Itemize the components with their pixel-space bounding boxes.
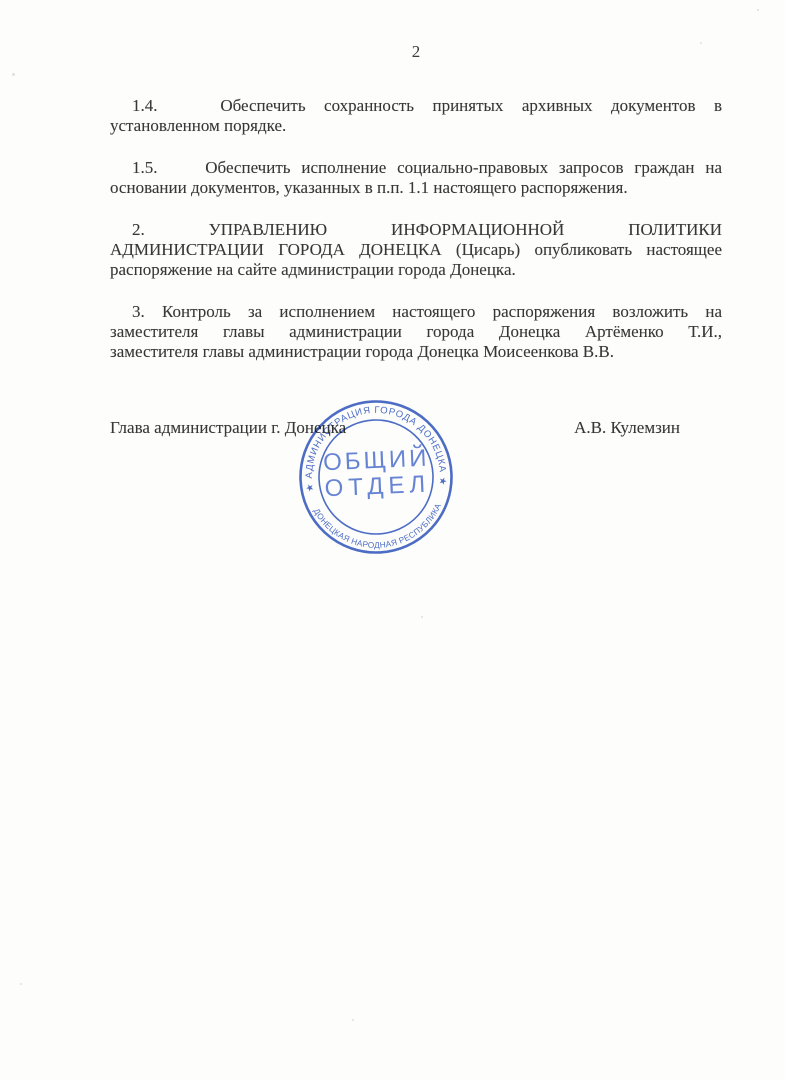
scan-speckle xyxy=(12,73,15,76)
paragraph-line: заместителя главы администрации города Д… xyxy=(110,322,722,342)
paragraph-3: 3. Контроль за исполнением настоящего ра… xyxy=(110,302,722,362)
paragraph-line: 1.4. Обеспечить сохранность принятых арх… xyxy=(110,96,722,116)
document-body: 1.4. Обеспечить сохранность принятых арх… xyxy=(110,96,722,438)
paragraph-text: Обеспечить сохранность принятых архивных… xyxy=(220,96,722,115)
stamp-center-text-line2: ОТДЕЛ xyxy=(324,471,431,503)
paragraph-line: основании документов, указанных в п.п. 1… xyxy=(110,178,722,198)
page-number: 2 xyxy=(110,42,722,62)
signer-name: А.В. Кулемзин xyxy=(574,418,680,438)
scanned-document-page: 2 1.4. Обеспечить сохранность принятых а… xyxy=(0,0,785,1080)
scan-speckle xyxy=(352,1019,354,1021)
paragraph-line: установленном порядке. xyxy=(110,116,722,136)
tab-gap xyxy=(168,172,194,173)
paragraph-line: 3. Контроль за исполнением настоящего ра… xyxy=(110,302,722,322)
official-round-stamp: ★ АДМИНИСТРАЦИЯ ГОРОДА ДОНЕЦКА ★ ДОНЕЦКА… xyxy=(293,394,460,561)
paragraph-2: 2. УПРАВЛЕНИЮ ИНФОРМАЦИОННОЙ ПОЛИТИКИ АД… xyxy=(110,220,722,280)
paragraph-line: заместителя главы администрации города Д… xyxy=(110,342,722,362)
paragraph-line: 2. УПРАВЛЕНИЮ ИНФОРМАЦИОННОЙ ПОЛИТИКИ xyxy=(110,220,722,240)
scan-speckle xyxy=(757,9,759,11)
paragraph-text: Обеспечить исполнение социально-правовых… xyxy=(205,158,722,177)
scan-speckle xyxy=(20,983,22,985)
scan-speckle xyxy=(421,616,423,618)
paragraph-number: 2. xyxy=(132,220,145,239)
paragraph-1-4: 1.4. Обеспечить сохранность принятых арх… xyxy=(110,96,722,136)
paragraph-number: 1.5. xyxy=(132,158,158,177)
paragraph-line: АДМИНИСТРАЦИИ ГОРОДА ДОНЕЦКА (Цисарь) оп… xyxy=(110,240,722,260)
paragraph-number: 3. xyxy=(132,302,145,321)
paragraph-text: Контроль за исполнением настоящего распо… xyxy=(162,302,722,321)
svg-text:ДОНЕЦКАЯ НАРОДНАЯ РЕСПУБЛИКА: ДОНЕЦКАЯ НАРОДНАЯ РЕСПУБЛИКА xyxy=(311,501,445,552)
paragraph-line: 1.5. Обеспечить исполнение социально-пра… xyxy=(110,158,722,178)
paragraph-text: УПРАВЛЕНИЮ ИНФОРМАЦИОННОЙ ПОЛИТИКИ xyxy=(209,220,722,239)
stamp-ring-text-bottom: ДОНЕЦКАЯ НАРОДНАЯ РЕСПУБЛИКА xyxy=(311,501,445,552)
paragraph-line: распоряжение на сайте администрации горо… xyxy=(110,260,722,280)
paragraph-number: 1.4. xyxy=(132,96,158,115)
tab-gap xyxy=(176,110,202,111)
paragraph-1-5: 1.5. Обеспечить исполнение социально-пра… xyxy=(110,158,722,198)
